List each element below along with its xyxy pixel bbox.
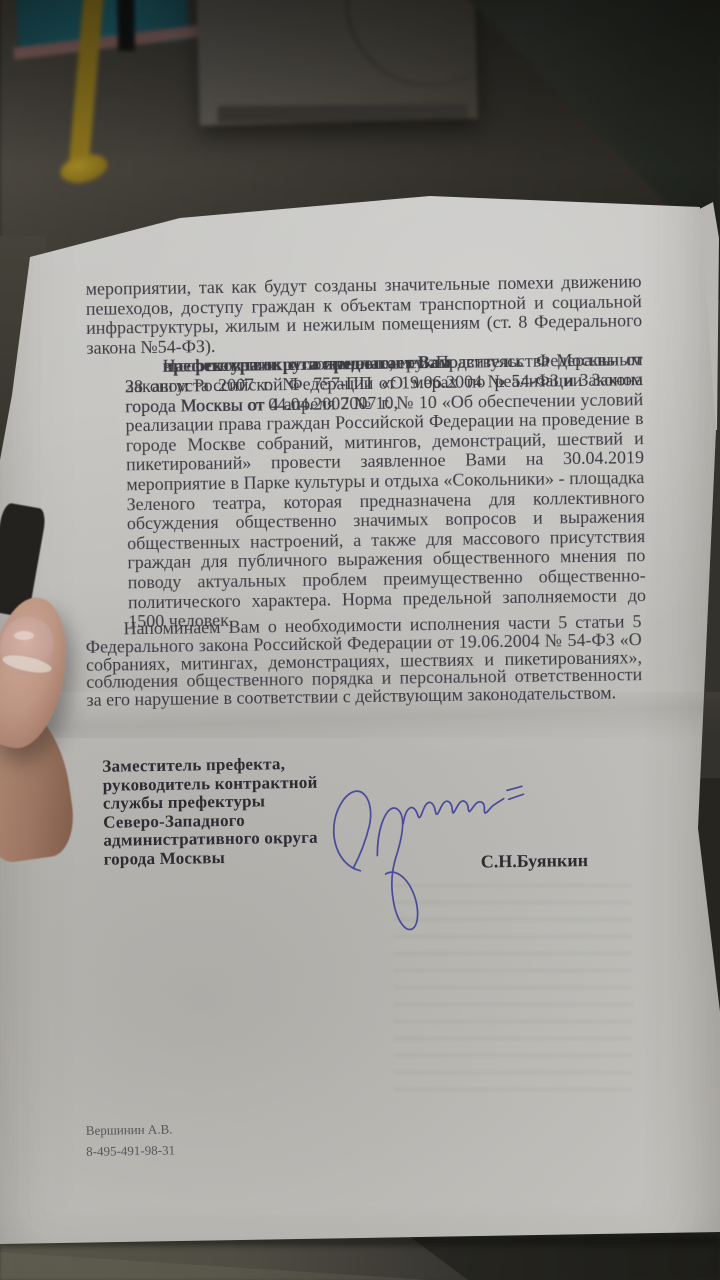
letter-body-text: мероприятии, так как будут созданы значи…	[85, 272, 642, 358]
letter-paragraph: мероприятии, так как будут созданы значи…	[85, 272, 642, 358]
signer-name: С.Н.Буянкин	[452, 850, 588, 873]
letter-paragraph: Напоминаем Вам о необходимости исполнени…	[85, 613, 642, 710]
signer-title-block: Заместитель префекта, руководитель контр…	[102, 754, 354, 869]
thumb	[0, 591, 79, 755]
letter-body-text: Напоминаем Вам о необходимости исполнени…	[85, 613, 642, 710]
photo-scene: мероприятии, так как будут созданы значи…	[0, 0, 720, 1280]
thumb-nail-highlight	[14, 631, 34, 640]
hand	[0, 505, 98, 850]
paragraph-text: в соответствии с постановлением Правител…	[125, 350, 647, 632]
executor-contact: Вершинин А.В. 8-495-491-98-31	[86, 1116, 307, 1162]
signer-title-line: города Москвы	[104, 847, 354, 869]
executor-phone: 8-495-491-98-31	[86, 1137, 306, 1162]
signer-title-line: административного округа	[103, 829, 353, 851]
